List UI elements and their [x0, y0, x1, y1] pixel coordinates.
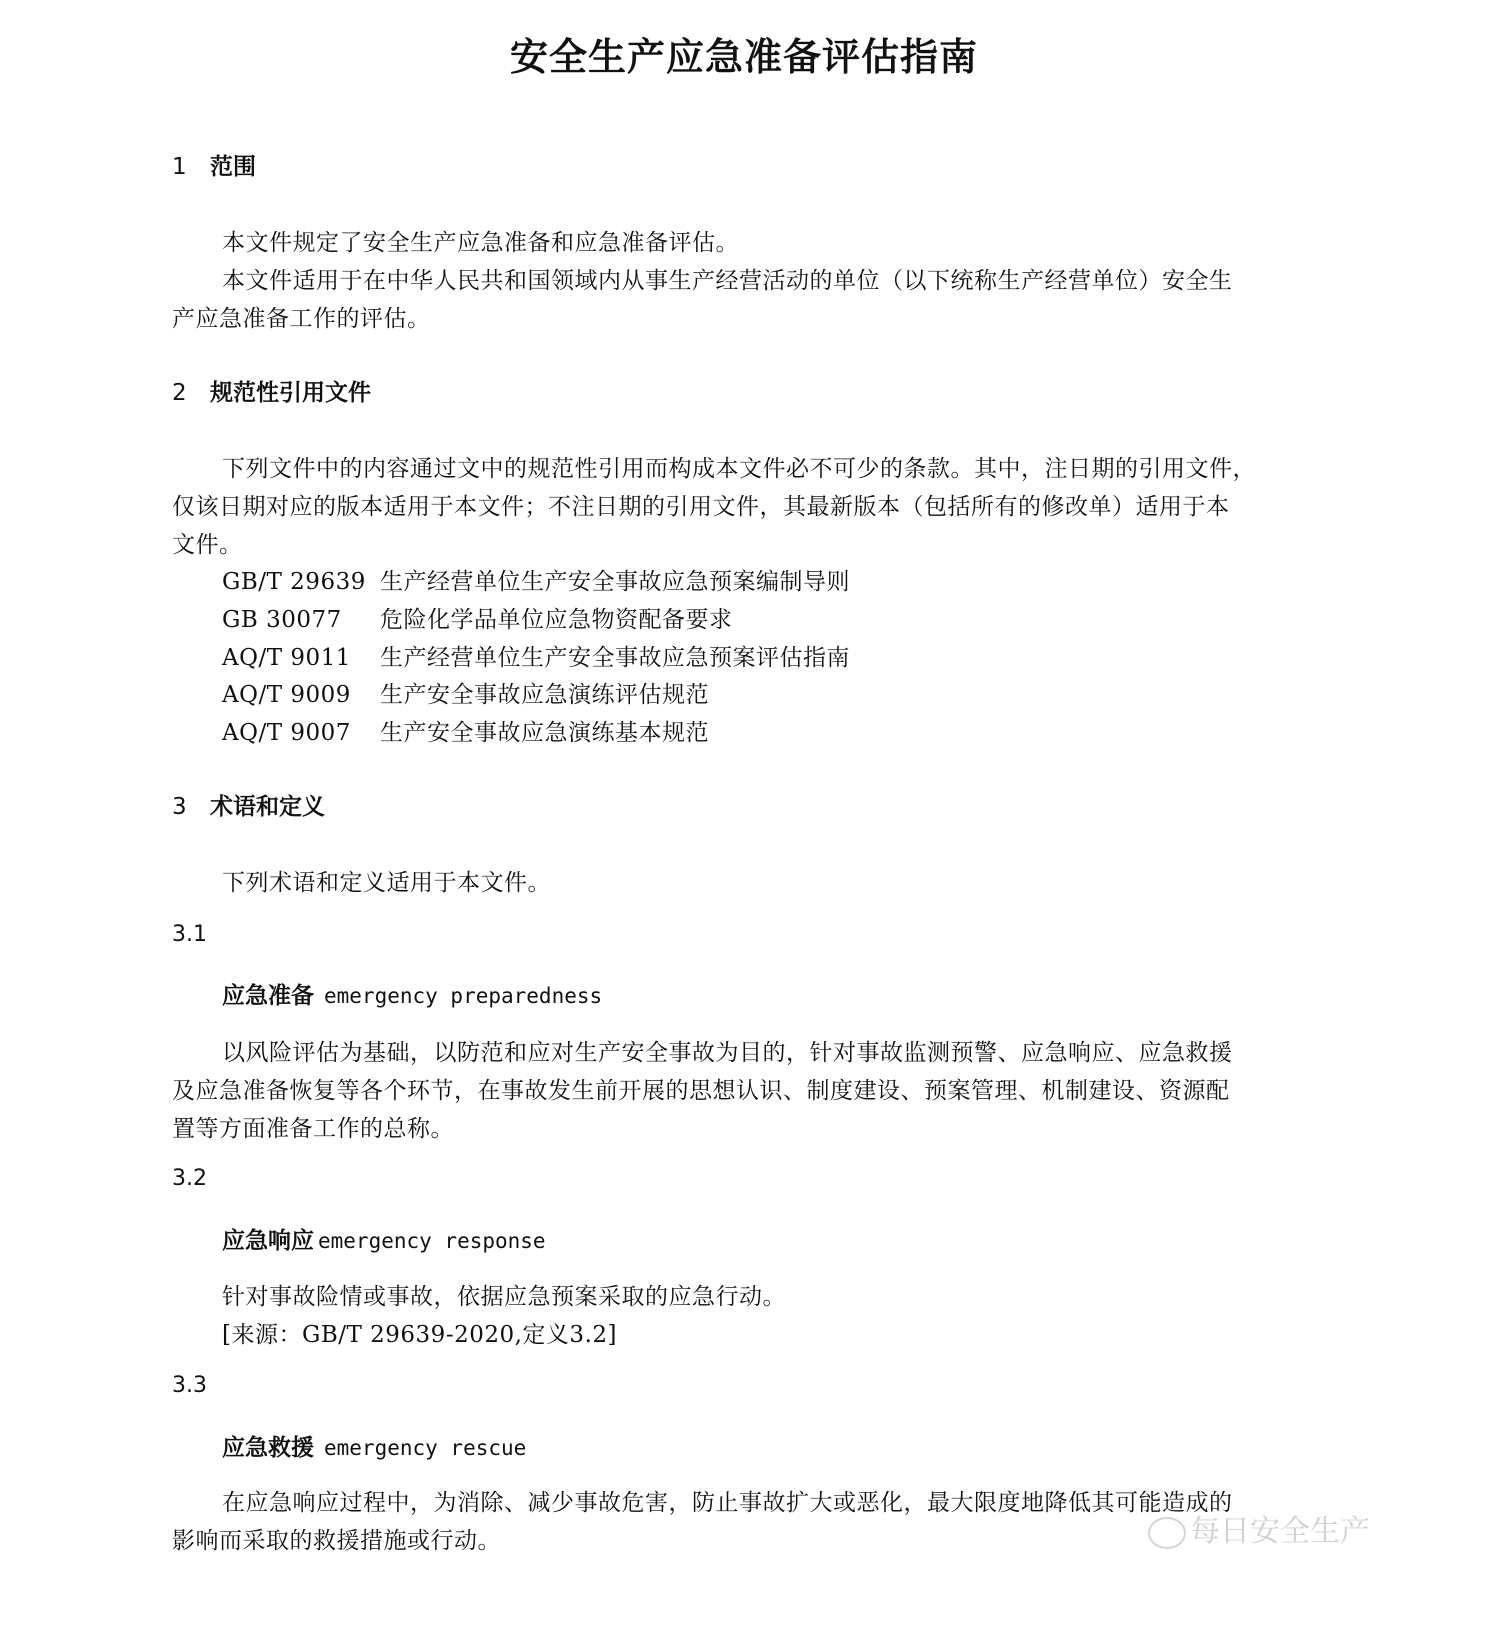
section-2-heading: 2规范性引用文件 — [172, 374, 371, 407]
reference-title: 生产安全事故应急演练基本规范 — [380, 720, 709, 746]
reference-code: AQ/T 9009 — [222, 682, 380, 708]
reference-code: AQ/T 9007 — [222, 720, 380, 746]
definition: 以风险评估为基础，以防范和应对生产安全事故为目的，针对事故监测预警、应急响应、应… — [222, 1034, 1233, 1067]
document-title: 安全生产应急准备评估指南 — [0, 26, 1488, 81]
source-note: [来源：GB/T 29639-2020,定义3.2] — [222, 1316, 617, 1349]
term-heading: 应急响应emergency response — [222, 1222, 546, 1255]
term-en: emergency preparedness — [324, 984, 602, 1008]
definition: 针对事故险情或事故，依据应急预案采取的应急行动。 — [222, 1278, 786, 1311]
paragraph: 产应急准备工作的评估。 — [172, 300, 431, 333]
definition: 置等方面准备工作的总称。 — [172, 1110, 454, 1143]
section-title: 术语和定义 — [210, 794, 325, 820]
reference-code: GB/T 29639 — [222, 569, 380, 595]
reference-title: 危险化学品单位应急物资配备要求 — [380, 607, 733, 633]
definition: 及应急准备恢复等各个环节，在事故发生前开展的思想认识、制度建设、预案管理、机制建… — [172, 1072, 1230, 1105]
definition: 在应急响应过程中，为消除、减少事故危害，防止事故扩大或恶化，最大限度地降低其可能… — [222, 1484, 1233, 1517]
section-number: 2 — [172, 380, 210, 406]
section-3-heading: 3术语和定义 — [172, 788, 325, 821]
section-number: 1 — [172, 154, 210, 180]
section-title: 规范性引用文件 — [210, 380, 371, 406]
clause-number: 3.2 — [172, 1166, 207, 1191]
watermark: 每日安全生产 — [1148, 1506, 1370, 1550]
paragraph: 下列术语和定义适用于本文件。 — [222, 864, 551, 897]
term-en: emergency rescue — [324, 1436, 526, 1460]
clause-number: 3.3 — [172, 1373, 207, 1398]
section-title: 范围 — [210, 154, 256, 180]
reference-code: GB 30077 — [222, 607, 380, 633]
reference-item: GB 30077危险化学品单位应急物资配备要求 — [222, 601, 733, 634]
reference-title: 生产经营单位生产安全事故应急预案评估指南 — [380, 645, 850, 671]
document-page: 安全生产应急准备评估指南 1范围 本文件规定了安全生产应急准备和应急准备评估。 … — [0, 0, 1488, 1625]
term-zh: 应急救援 — [222, 1435, 314, 1461]
watermark-text: 每日安全生产 — [1190, 1514, 1370, 1549]
reference-item: GB/T 29639生产经营单位生产安全事故应急预案编制导则 — [222, 563, 850, 596]
paragraph: 下列文件中的内容通过文中的规范性引用而构成本文件必不可少的条款。其中，注日期的引… — [222, 450, 1256, 483]
reference-title: 生产经营单位生产安全事故应急预案编制导则 — [380, 569, 850, 595]
section-1-heading: 1范围 — [172, 148, 256, 181]
paragraph: 文件。 — [172, 526, 243, 559]
term-en: emergency response — [318, 1229, 546, 1253]
reference-title: 生产安全事故应急演练评估规范 — [380, 682, 709, 708]
paragraph: 本文件规定了安全生产应急准备和应急准备评估。 — [222, 224, 739, 257]
term-heading: 应急准备emergency preparedness — [222, 977, 602, 1010]
clause-number: 3.1 — [172, 922, 207, 947]
reference-item: AQ/T 9009生产安全事故应急演练评估规范 — [222, 676, 709, 709]
term-zh: 应急响应 — [222, 1228, 314, 1254]
term-zh: 应急准备 — [222, 983, 314, 1009]
paragraph: 仅该日期对应的版本适用于本文件；不注日期的引用文件，其最新版本（包括所有的修改单… — [172, 488, 1230, 521]
reference-code: AQ/T 9011 — [222, 645, 380, 671]
section-number: 3 — [172, 794, 210, 820]
term-heading: 应急救援emergency rescue — [222, 1429, 526, 1462]
reference-item: AQ/T 9007生产安全事故应急演练基本规范 — [222, 714, 709, 747]
definition: 影响而采取的救援措施或行动。 — [172, 1522, 501, 1555]
paragraph: 本文件适用于在中华人民共和国领域内从事生产经营活动的单位（以下统称生产经营单位）… — [222, 262, 1233, 295]
wechat-icon — [1148, 1517, 1186, 1549]
reference-item: AQ/T 9011生产经营单位生产安全事故应急预案评估指南 — [222, 639, 850, 672]
